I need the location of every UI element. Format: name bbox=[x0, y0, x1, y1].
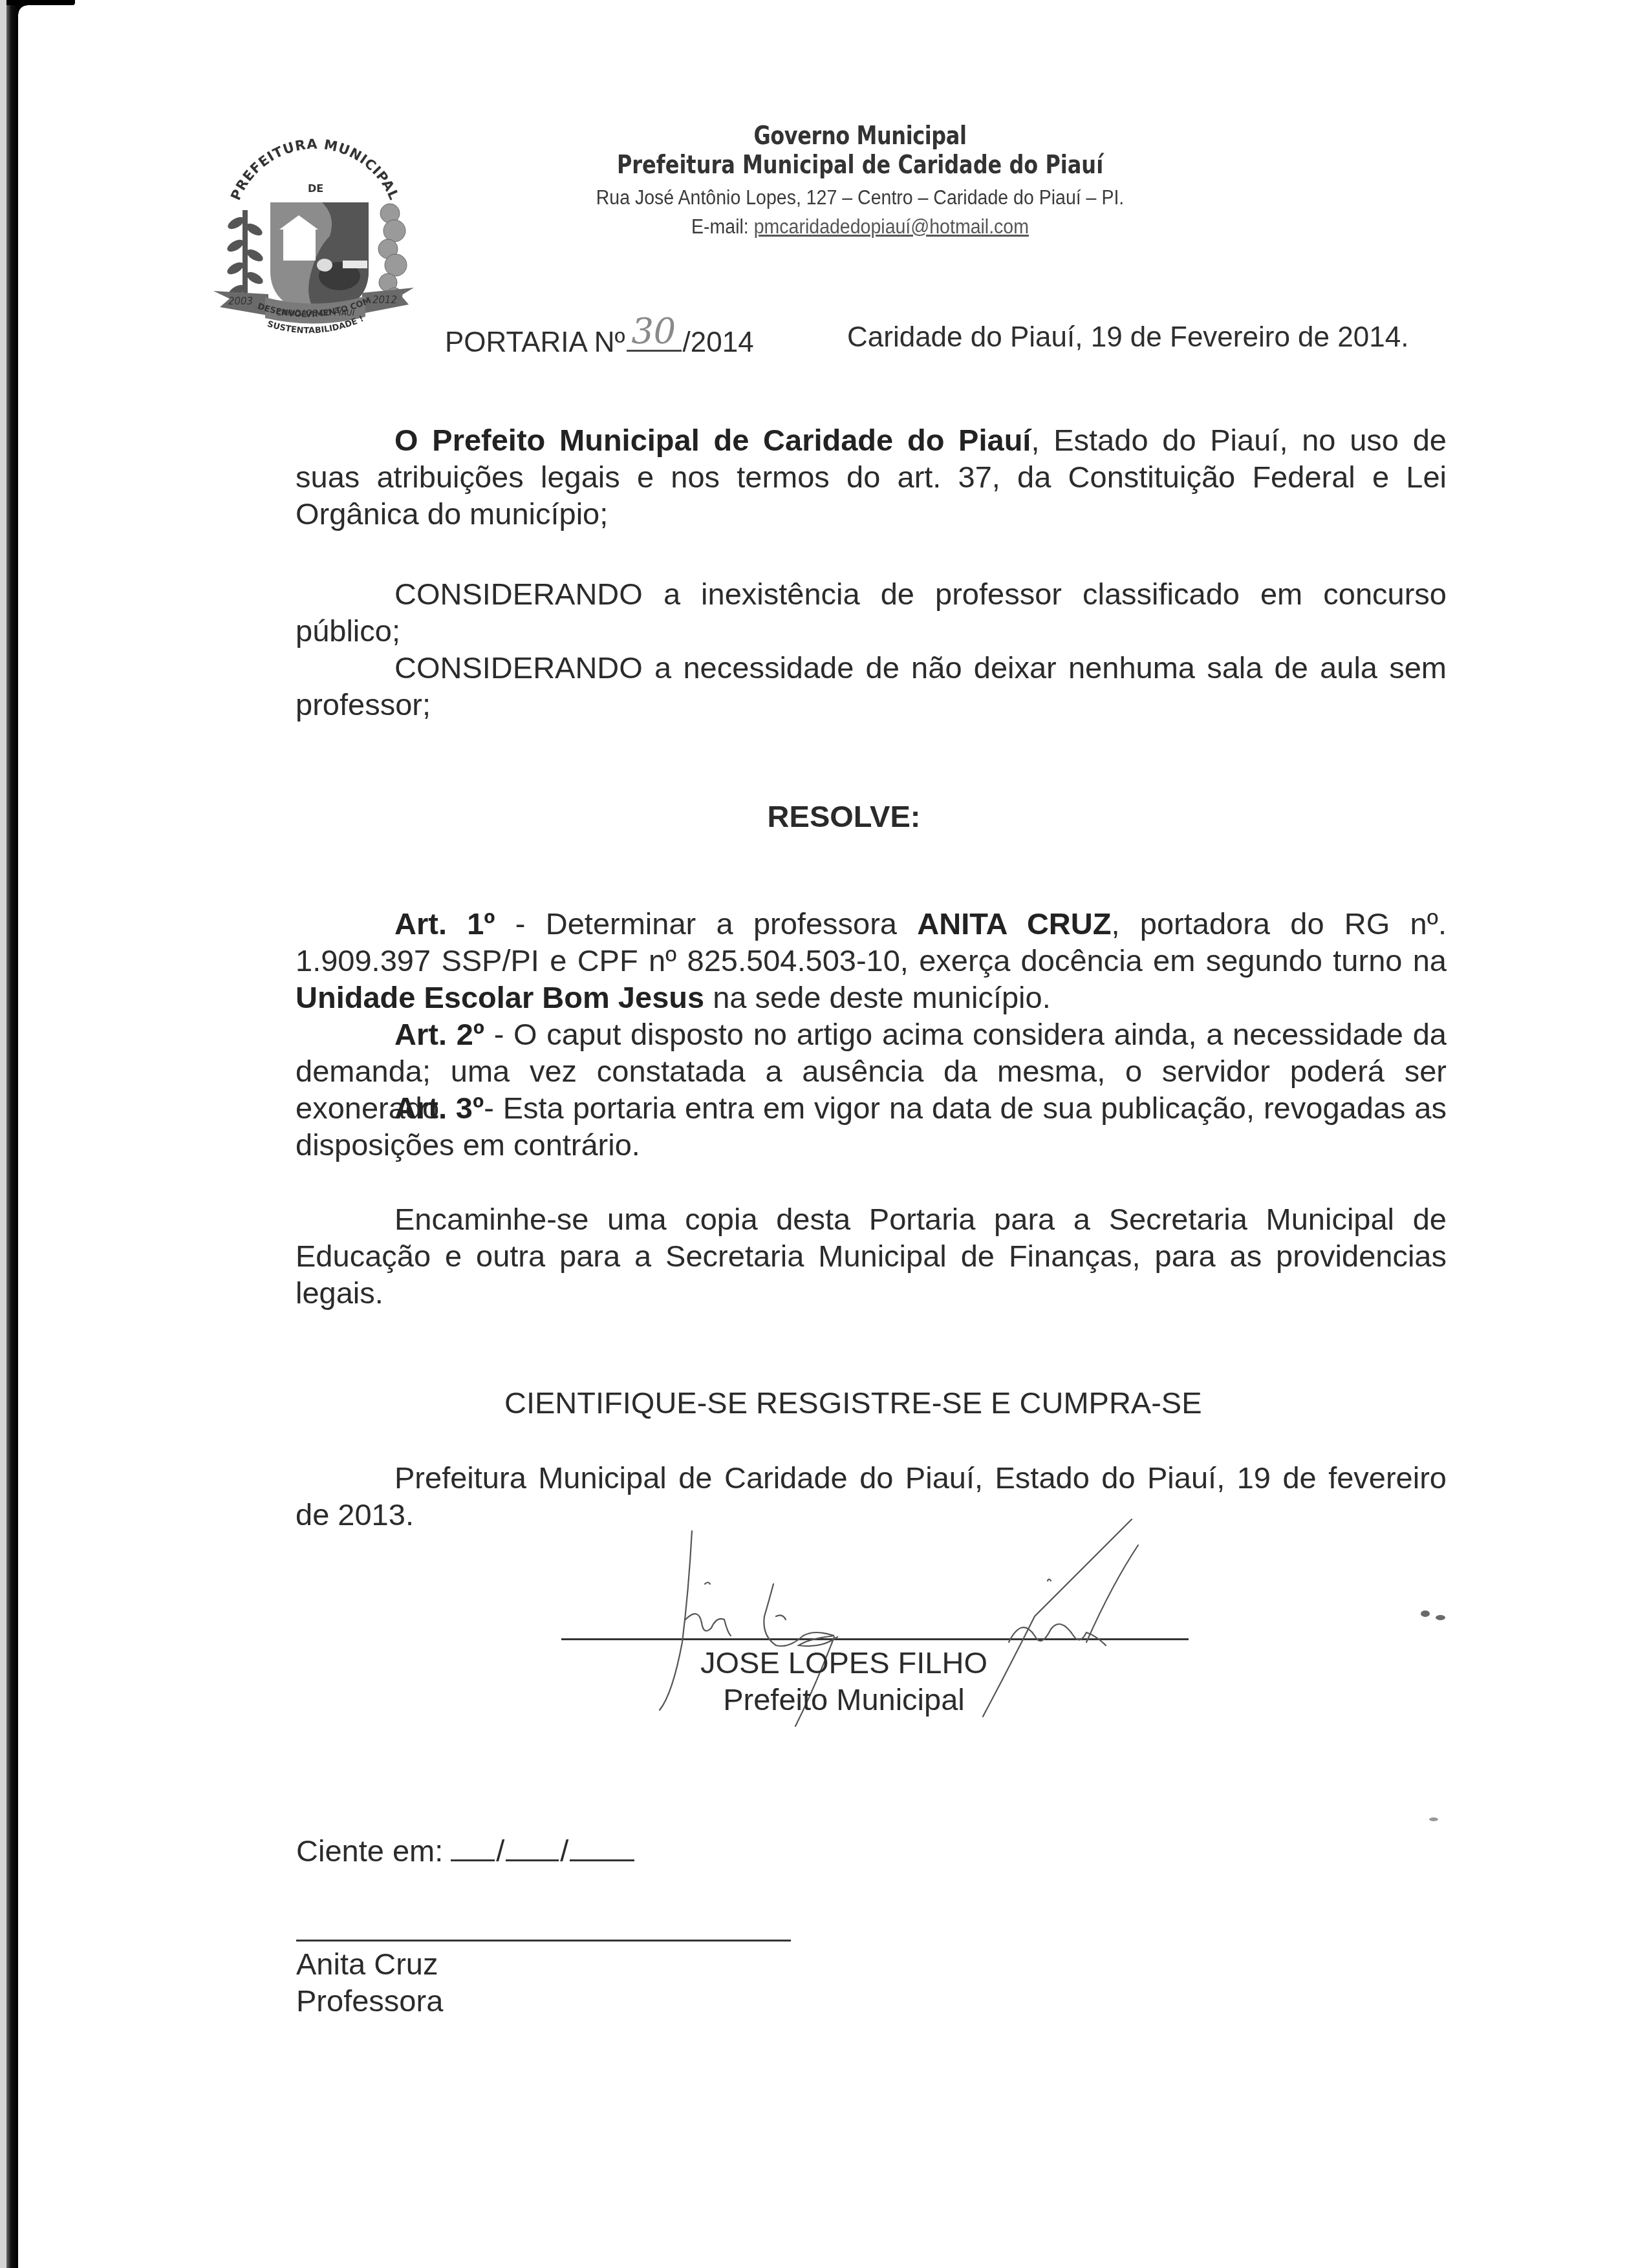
acknowledgement-name: Anita Cruz bbox=[296, 1946, 438, 1982]
email-link[interactable]: pmcaridadedopiauí@hotmail.com bbox=[754, 215, 1029, 238]
acknowledgement-label: Ciente em: bbox=[296, 1834, 443, 1868]
date-separator: / bbox=[496, 1834, 504, 1868]
letterhead-email: E-mail: pmcaridadedopiauí@hotmail.com bbox=[563, 215, 1158, 239]
resolve-heading: RESOLVE: bbox=[0, 798, 1649, 834]
scan-speck bbox=[1421, 1610, 1430, 1617]
considerando-keyword: CONSIDERANDO bbox=[394, 650, 643, 685]
email-label: E-mail: bbox=[691, 215, 754, 238]
scan-corner bbox=[18, 5, 27, 14]
school-name: Unidade Escolar Bom Jesus bbox=[296, 980, 704, 1014]
svg-text:2003: 2003 bbox=[228, 295, 253, 307]
portaria-number-field: 30 bbox=[627, 321, 682, 352]
portaria-number-line: PORTARIA Nº30/2014 bbox=[445, 321, 754, 359]
acknowledgement-signature-line[interactable] bbox=[296, 1940, 791, 1942]
teacher-name: ANITA CRUZ bbox=[917, 906, 1111, 941]
municipal-crest-icon: PREFEITURA MUNICIPAL DE 2003 2012 CARIDA… bbox=[207, 133, 420, 346]
month-field[interactable] bbox=[506, 1834, 559, 1861]
scan-border-top bbox=[6, 0, 75, 5]
considerando-keyword: CONSIDERANDO bbox=[394, 577, 643, 611]
article-label: Art. 1º bbox=[394, 906, 495, 941]
scan-speck bbox=[1429, 1817, 1438, 1821]
forwarding-paragraph: Encaminhe-se uma copia desta Portaria pa… bbox=[296, 1201, 1447, 1311]
article-1: Art. 1º - Determinar a professora ANITA … bbox=[296, 905, 1447, 1016]
forwarding-text: Encaminhe-se uma copia desta Portaria pa… bbox=[296, 1201, 1447, 1311]
portaria-prefix: PORTARIA Nº bbox=[445, 326, 625, 358]
signatory-name: JOSE LOPES FILHO bbox=[0, 1645, 1649, 1680]
letterhead-address: Rua José Antônio Lopes, 127 – Centro – C… bbox=[563, 186, 1158, 209]
scan-speck bbox=[1436, 1615, 1445, 1620]
signatory-role: Prefeito Municipal bbox=[0, 1682, 1649, 1717]
scan-edge bbox=[0, 0, 6, 2268]
letterhead-title: Governo Municipal bbox=[595, 122, 1125, 151]
article-label: Art. 3º bbox=[394, 1091, 484, 1125]
svg-text:2012: 2012 bbox=[372, 294, 397, 306]
article-label: Art. 2º bbox=[394, 1017, 484, 1051]
considerando-1: CONSIDERANDO a inexistência de professor… bbox=[296, 575, 1447, 649]
portaria-year: /2014 bbox=[683, 326, 754, 358]
year-field[interactable] bbox=[570, 1834, 634, 1861]
intro-bold: O Prefeito Municipal de Caridade do Piau… bbox=[394, 423, 1031, 457]
acknowledgement-date-line: Ciente em:// bbox=[296, 1833, 634, 1868]
portaria-place-date: Caridade do Piauí, 19 de Fevereiro de 20… bbox=[847, 321, 1408, 354]
article-3: Art. 3º- Esta portaria entra em vigor na… bbox=[296, 1089, 1447, 1163]
intro-paragraph: O Prefeito Municipal de Caridade do Piau… bbox=[296, 422, 1447, 532]
date-separator: / bbox=[560, 1834, 568, 1868]
day-field[interactable] bbox=[451, 1834, 495, 1861]
scan-border-left bbox=[6, 0, 18, 2268]
letterhead-subtitle: Prefeitura Municipal de Caridade do Piau… bbox=[595, 151, 1125, 180]
article-text: - Determinar a professora bbox=[495, 906, 918, 941]
cientifique-line: CIENTIFIQUE-SE RESGISTRE-SE E CUMPRA-SE bbox=[504, 1385, 1202, 1420]
svg-text:DE: DE bbox=[308, 182, 323, 195]
considerando-2: CONSIDERANDO a necessidade de não deixar… bbox=[296, 649, 1447, 723]
portaria-number-handwritten: 30 bbox=[632, 311, 676, 352]
acknowledgement-role: Professora bbox=[296, 1983, 443, 2018]
article-text: na sede deste município. bbox=[704, 980, 1051, 1014]
